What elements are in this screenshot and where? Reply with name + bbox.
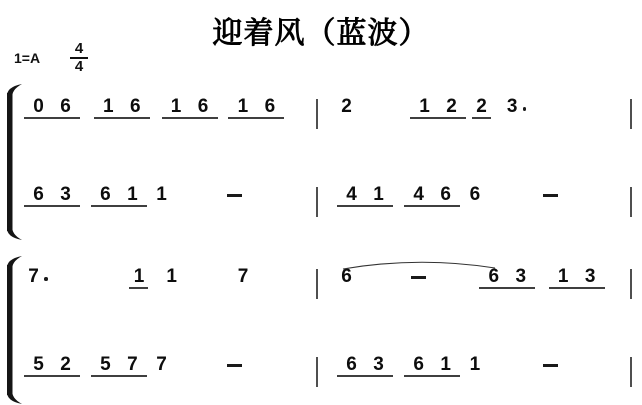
- note: 1: [153, 186, 170, 210]
- note-digit: 2: [438, 98, 465, 116]
- note-digit: 2: [473, 98, 490, 116]
- beat-slot: 61: [405, 356, 466, 380]
- beat-slot: 46: [405, 186, 466, 210]
- note-digit: 4: [405, 186, 432, 204]
- beam-underline: [337, 205, 393, 207]
- beat-slot: 41: [338, 186, 405, 210]
- dash-rest: [411, 276, 426, 279]
- beam-underline: [94, 117, 150, 119]
- note-digit: 6: [480, 268, 507, 286]
- note-digit: 6: [256, 98, 283, 116]
- note-digit: 1: [163, 98, 190, 116]
- beat-slot: 1: [163, 268, 234, 286]
- beat-slot: 52: [25, 356, 92, 380]
- note: 2: [338, 98, 355, 116]
- note: 7: [153, 356, 170, 380]
- beam-underline: [24, 205, 80, 207]
- key-signature: 1=A: [14, 50, 40, 66]
- beat-slot: [543, 186, 630, 197]
- note-digit: 1: [466, 356, 483, 374]
- barline: [630, 187, 632, 217]
- note-group: 63: [480, 268, 534, 292]
- note: 6: [466, 186, 483, 210]
- note-digit: 6: [466, 186, 483, 204]
- beat-slot: 16: [163, 98, 230, 122]
- system-bracket: [2, 256, 24, 405]
- beat-slot: 1: [130, 268, 163, 286]
- beat-slot: 61: [92, 186, 153, 210]
- note-digit: 2: [52, 356, 79, 374]
- note-digit: 1: [229, 98, 256, 116]
- beam-underline: [337, 375, 393, 377]
- beat-slot: 63: [338, 356, 405, 380]
- note-group: 41: [338, 186, 392, 210]
- note: 2: [438, 98, 465, 116]
- note-group: 61: [405, 356, 459, 380]
- note: 1: [130, 268, 147, 286]
- note-digit: 5: [92, 356, 119, 374]
- score-line-melody: 711766313: [22, 268, 632, 299]
- beat-slot: 57: [92, 356, 153, 380]
- beat-slot: 13: [550, 268, 630, 292]
- note-digit: 7: [153, 356, 170, 374]
- note: 1: [411, 98, 438, 116]
- beat-slot: 6: [466, 186, 543, 210]
- note-digit: 6: [432, 186, 459, 204]
- note-group: 13: [550, 268, 604, 292]
- score-line-melody: 0616161621223: [22, 98, 632, 129]
- note-digit: 1: [153, 186, 170, 204]
- note: 7: [25, 268, 42, 292]
- note-digit: 1: [163, 268, 180, 286]
- song-title: 迎着风（蓝波）: [0, 8, 642, 52]
- beam-underline: [404, 205, 460, 207]
- measure: 63611: [318, 356, 630, 380]
- beam-underline: [162, 117, 218, 119]
- measure: 06161616: [22, 98, 316, 122]
- note-group: 06: [25, 98, 79, 122]
- note-digit: 2: [338, 98, 355, 116]
- note: 6: [338, 268, 355, 292]
- time-signature-numerator: 4: [70, 41, 88, 57]
- beat-slot: 12: [411, 98, 473, 116]
- note-digit: 6: [122, 98, 149, 116]
- note-digit: 6: [92, 186, 119, 204]
- note-digit: 6: [190, 98, 217, 116]
- note-group: 16: [95, 98, 149, 122]
- beat-slot: 06: [25, 98, 95, 122]
- beam-underline: [472, 117, 491, 119]
- score-line-bass: 5257763611: [22, 356, 632, 387]
- beam-underline: [91, 205, 147, 207]
- beat-slot: 63: [480, 268, 549, 292]
- note-group: 61: [92, 186, 146, 210]
- measure: 41466: [318, 186, 630, 210]
- augmentation-dot: [523, 107, 527, 111]
- note-group: 16: [163, 98, 217, 122]
- beam-underline: [228, 117, 284, 119]
- beat-slot: 16: [229, 98, 316, 122]
- note: 3: [504, 98, 521, 116]
- note-group: 12: [411, 98, 465, 116]
- note-digit: 1: [550, 268, 577, 286]
- beam-underline: [410, 117, 466, 119]
- beat-slot: 7: [25, 268, 130, 292]
- measure: 21223: [318, 98, 630, 116]
- note-digit: 3: [577, 268, 604, 286]
- measure: 66313: [318, 268, 630, 292]
- beat-slot: 2: [473, 98, 504, 116]
- note-digit: 1: [411, 98, 438, 116]
- note-digit: 6: [25, 186, 52, 204]
- note-digit: 7: [119, 356, 146, 374]
- beam-underline: [404, 375, 460, 377]
- dash-rest: [227, 364, 242, 367]
- time-signature: 4 4: [70, 41, 88, 75]
- beam-underline: [129, 287, 148, 289]
- beam-underline: [549, 287, 605, 289]
- measure: 52577: [22, 356, 316, 380]
- note: 7: [235, 268, 252, 292]
- note-digit: 3: [504, 98, 521, 116]
- note-digit: 1: [365, 186, 392, 204]
- beat-slot: 6: [338, 268, 411, 292]
- beat-slot: [411, 268, 480, 279]
- note-digit: 1: [95, 98, 122, 116]
- beat-slot: 1: [466, 356, 543, 380]
- note-digit: 5: [25, 356, 52, 374]
- time-signature-denominator: 4: [70, 59, 88, 75]
- beat-slot: 7: [235, 268, 316, 292]
- note-digit: 1: [432, 356, 459, 374]
- beat-slot: 7: [153, 356, 227, 380]
- note-digit: 4: [338, 186, 365, 204]
- note-digit: 0: [25, 98, 52, 116]
- beat-slot: [227, 186, 316, 197]
- beam-underline: [91, 375, 147, 377]
- note-group: 63: [25, 186, 79, 210]
- note-group: 52: [25, 356, 79, 380]
- barline: [630, 269, 632, 299]
- dash-rest: [543, 194, 558, 197]
- note-group: 63: [338, 356, 392, 380]
- beat-slot: 3: [504, 98, 630, 116]
- dash-rest: [227, 194, 242, 197]
- note-digit: 3: [52, 186, 79, 204]
- note: 1: [466, 356, 483, 380]
- note-group: 57: [92, 356, 146, 380]
- note-digit: 1: [130, 268, 147, 286]
- measure: 7117: [22, 268, 316, 292]
- note: 2: [473, 98, 490, 116]
- beat-slot: 16: [95, 98, 163, 122]
- beam-underline: [24, 117, 80, 119]
- note-digit: 6: [405, 356, 432, 374]
- dash-rest: [543, 364, 558, 367]
- beat-slot: 1: [153, 186, 227, 210]
- barline: [630, 357, 632, 387]
- note-group: 46: [405, 186, 459, 210]
- note-group: 16: [229, 98, 283, 122]
- note-digit: 6: [338, 268, 355, 286]
- measure: 63611: [22, 186, 316, 210]
- beat-slot: [543, 356, 630, 367]
- note-digit: 6: [338, 356, 365, 374]
- beam-underline: [479, 287, 535, 289]
- score-line-bass: 6361141466: [22, 186, 632, 217]
- beat-slot: 2: [338, 98, 411, 116]
- beat-slot: 63: [25, 186, 92, 210]
- note-digit: 7: [235, 268, 252, 286]
- augmentation-dot: [44, 277, 48, 281]
- barline: [630, 99, 632, 129]
- beat-slot: [227, 356, 316, 367]
- note-digit: 7: [25, 268, 42, 286]
- note-digit: 6: [52, 98, 79, 116]
- system-bracket: [2, 84, 24, 245]
- note-digit: 1: [119, 186, 146, 204]
- sheet-music-page: 迎着风（蓝波） 1=A 4 4 061616162122363611414667…: [0, 0, 642, 405]
- beam-underline: [24, 375, 80, 377]
- note: 1: [163, 268, 180, 286]
- note-digit: 3: [507, 268, 534, 286]
- note-digit: 3: [365, 356, 392, 374]
